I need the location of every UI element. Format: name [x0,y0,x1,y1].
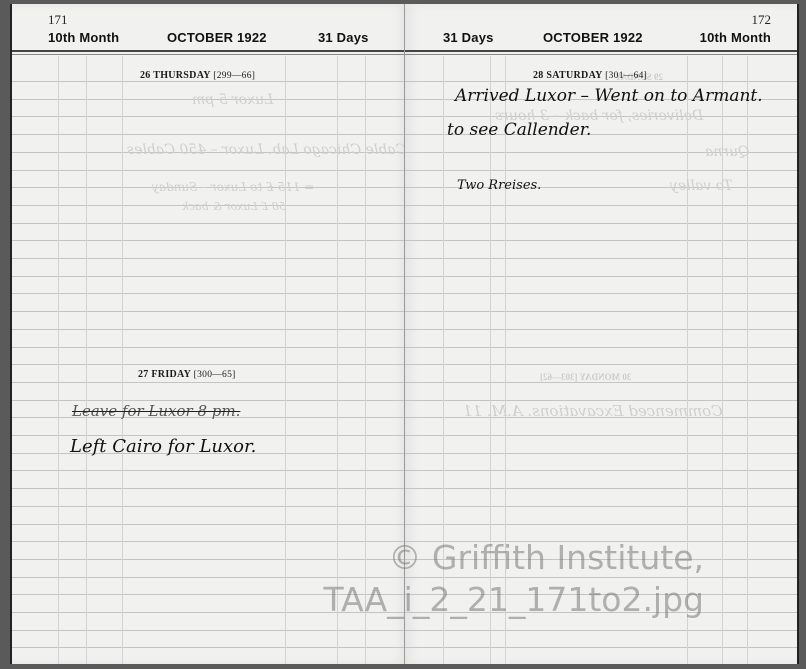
ruled-line [12,329,407,330]
ruled-line [405,170,797,171]
ruled-line [12,116,407,117]
ruled-line [12,240,407,241]
ruled-line [12,134,407,135]
handwritten-entry: Two Rreises. [457,178,541,193]
ruled-line [405,647,797,648]
ruled-line [12,559,407,560]
bleed-through-text: Qurna [705,144,750,160]
ruled-line [405,453,797,454]
handwritten-entry: Arrived Luxor – Went on to Armant. [455,86,763,106]
ruled-line [12,258,407,259]
handwritten-entry-struck: Leave for Luxor 8 pm. [72,402,240,420]
day-heading-friday: 27 FRIDAY [300—65] [138,369,236,380]
ruled-line [12,81,407,82]
header-rule [405,50,797,52]
ruled-line [405,258,797,259]
watermark-filename: TAA_i_2_21_171to2.jpg [324,580,704,619]
day-heading-text: 27 FRIDAY [138,369,191,380]
ruled-line [12,382,407,383]
watermark-copyright: © Griffith Institute, [388,538,704,577]
page-number: 171 [48,12,68,28]
header-rule-thin [12,54,407,55]
bleed-through-text: = 115 £ to Luxor – Sunday [152,180,314,194]
ruled-line [12,470,407,471]
ruled-line [12,647,407,648]
day-count: [301—64] [605,71,647,81]
bleed-through-text: Cable Chicago Lab. Luxor – 450 Cables [127,142,406,158]
ruled-line [405,364,797,365]
ruled-line [405,400,797,401]
day-count: [300—65] [194,370,236,380]
bleed-through-text: Luxor 5 pm [192,92,273,108]
ruled-line [405,311,797,312]
ruled-line [405,506,797,507]
ruled-line [405,435,797,436]
days-label: 31 Days [318,30,369,45]
month-label: 10th Month [48,30,119,45]
day-count: [299—66] [213,71,255,81]
bleed-through-text: To valley [670,178,733,194]
ruled-line [12,347,407,348]
day-heading-thursday: 26 THURSDAY [299—66] [140,70,255,81]
header-rule-thin [405,54,797,55]
column-line [122,56,123,664]
ruled-line [405,223,797,224]
days-label: 31 Days [443,30,494,45]
diary-spread: 171 10th Month OCTOBER 1922 31 Days Luxo… [0,0,806,669]
ruled-line [12,293,407,294]
ruled-line [12,311,407,312]
month-label: 10th Month [700,30,771,45]
month-title: OCTOBER 1922 [167,30,267,45]
page-number: 172 [752,12,772,28]
ruled-line [405,205,797,206]
ruled-line [405,524,797,525]
day-heading-text: 28 SATURDAY [533,70,602,81]
column-line [58,56,59,664]
ruled-line [405,240,797,241]
day-heading-saturday: 28 SATURDAY [301—64] [533,70,647,81]
ruled-line [12,276,407,277]
ruled-line [405,470,797,471]
ruled-line [405,382,797,383]
handwritten-entry: Left Cairo for Luxor. [70,436,256,457]
ruled-line [405,347,797,348]
ruled-line [12,541,407,542]
ruled-line [12,524,407,525]
bleed-through-heading: 30 MONDAY [303—62] [540,372,631,382]
bleed-through-text: 58 £ Luxor & back [182,200,286,213]
ruled-line [12,400,407,401]
ruled-line [12,630,407,631]
ruled-line [405,488,797,489]
handwritten-entry: to see Callender. [447,120,591,140]
ruled-line [12,488,407,489]
ruled-line [12,577,407,578]
ruled-line [12,364,407,365]
ruled-line [405,293,797,294]
ruled-line [12,223,407,224]
ruled-line [12,506,407,507]
month-title: OCTOBER 1922 [543,30,643,45]
left-page-header: 171 10th Month OCTOBER 1922 31 Days [12,4,407,50]
header-rule [12,50,407,52]
ruled-line [405,276,797,277]
bleed-through-text: Commenced Excavations. A.M. 11 [463,402,723,420]
column-line [86,56,87,664]
right-page-header: 172 31 Days OCTOBER 1922 10th Month [405,4,797,50]
left-page: 171 10th Month OCTOBER 1922 31 Days Luxo… [10,4,407,664]
ruled-line [405,329,797,330]
ruled-line [12,170,407,171]
ruled-line [405,630,797,631]
ruled-line [405,81,797,82]
day-heading-text: 26 THURSDAY [140,70,210,81]
